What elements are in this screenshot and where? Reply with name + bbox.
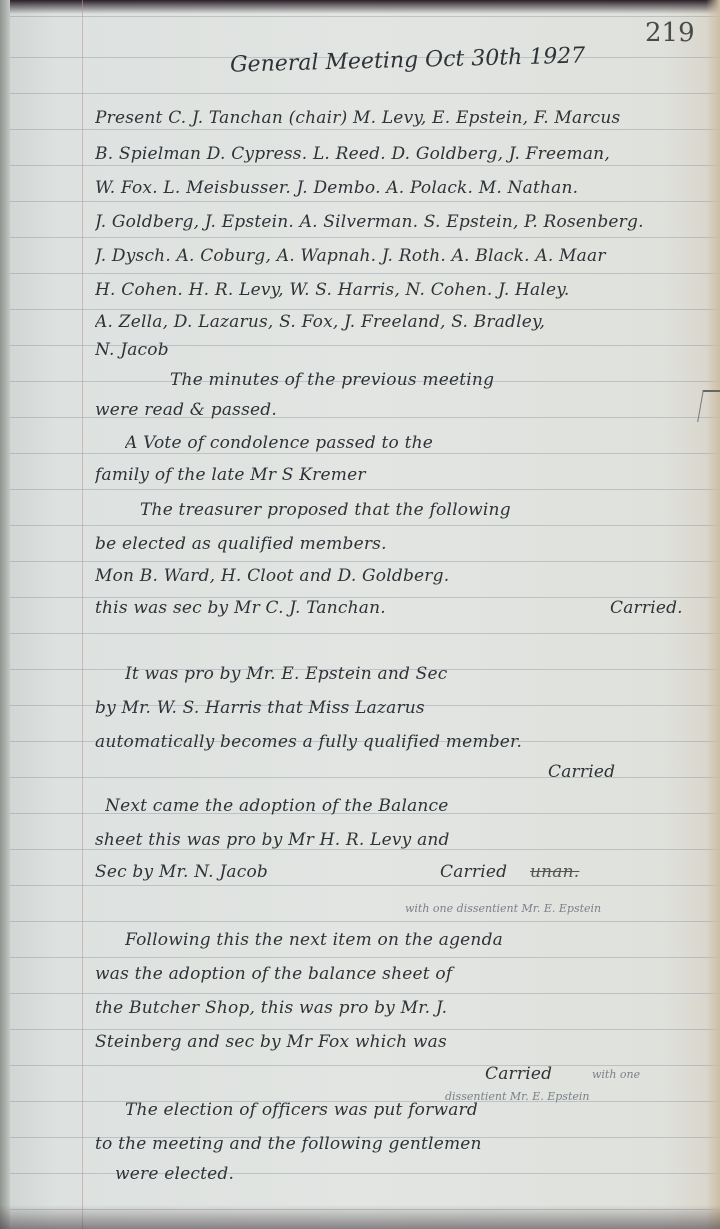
minutes-line: was the adoption of the balance sheet of: [95, 964, 705, 984]
ledger-page: 219 General Meeting Oct 30th 1927 Presen…: [0, 0, 720, 1229]
motion-result: Carried: [548, 762, 668, 782]
minutes-line: were elected.: [115, 1164, 720, 1184]
attendance-line: N. Jacob: [95, 340, 705, 360]
minutes-line: Mon B. Ward, H. Cloot and D. Goldberg.: [95, 566, 705, 586]
margin-rule: [82, 0, 83, 1229]
attendance-line: W. Fox. L. Meisbusser. J. Dembo. A. Pola…: [95, 178, 705, 198]
minutes-line: by Mr. W. S. Harris that Miss Lazarus: [95, 698, 705, 718]
page-top-shadow: [0, 0, 720, 14]
minutes-line: to the meeting and the following gentlem…: [95, 1134, 705, 1154]
minutes-line: were read & passed.: [95, 400, 705, 420]
motion-result: Carried: [440, 862, 520, 882]
minutes-line: family of the late Mr S Kremer: [95, 465, 705, 485]
book-spine: [0, 0, 10, 1229]
minutes-line: The treasurer proposed that the followin…: [140, 500, 720, 520]
minutes-line: this was sec by Mr C. J. Tanchan.: [95, 598, 535, 618]
minutes-line: Next came the adoption of the Balance: [105, 796, 715, 816]
minutes-line: Following this the next item on the agen…: [125, 930, 720, 950]
page-number: 219: [645, 18, 695, 48]
minutes-line: A Vote of condolence passed to the: [125, 433, 720, 453]
pencil-annotation: with one: [592, 1068, 640, 1081]
minutes-line: sheet this was pro by Mr H. R. Levy and: [95, 830, 705, 850]
minutes-line: The minutes of the previous meeting: [170, 370, 720, 390]
attendance-line: H. Cohen. H. R. Levy, W. S. Harris, N. C…: [95, 280, 705, 300]
meeting-heading: General Meeting Oct 30th 1927: [230, 43, 586, 77]
motion-result: Carried: [485, 1064, 585, 1084]
attendance-line: Present C. J. Tanchan (chair) M. Levy, E…: [95, 108, 705, 128]
minutes-line: be elected as qualified members.: [95, 534, 705, 554]
minutes-line: the Butcher Shop, this was pro by Mr. J.: [95, 998, 705, 1018]
struck-text: unan.: [530, 862, 610, 882]
motion-result: Carried.: [610, 598, 700, 618]
page-bottom-shadow: [0, 1205, 720, 1229]
pencil-annotation: with one dissentient Mr. E. Epstein: [405, 902, 601, 915]
attendance-line: J. Goldberg, J. Epstein. A. Silverman. S…: [95, 212, 705, 232]
minutes-line: Sec by Mr. N. Jacob: [95, 862, 415, 882]
attendance-line: J. Dysch. A. Coburg, A. Wapnah. J. Roth.…: [95, 246, 705, 266]
minutes-line: It was pro by Mr. E. Epstein and Sec: [125, 664, 720, 684]
attendance-line: B. Spielman D. Cypress. L. Reed. D. Gold…: [95, 144, 705, 164]
page-right-edge: [706, 0, 720, 1229]
minutes-line: The election of officers was put forward: [125, 1100, 720, 1120]
attendance-line: A. Zella, D. Lazarus, S. Fox, J. Freelan…: [95, 312, 705, 332]
minutes-line: Steinberg and sec by Mr Fox which was: [95, 1032, 705, 1052]
minutes-line: automatically becomes a fully qualified …: [95, 732, 705, 752]
